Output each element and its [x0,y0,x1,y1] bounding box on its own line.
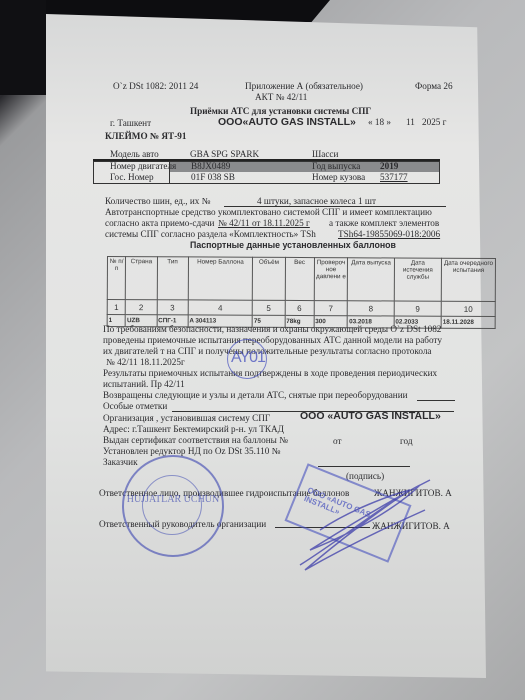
customer-label: Заказчик [103,457,138,467]
table-cell: Вес [285,257,314,300]
tsh-reference: TSh64-19855069-018:2006 [338,229,440,239]
results-p7: Возвращены следующие и узлы и детали АТС… [103,390,408,400]
plate-value: 01F 038 SB [191,172,235,182]
results-p3: их двигателей т на СПГ и получены положи… [103,346,432,356]
table-cell: Номер Баллона [188,257,253,300]
table-cell: Дата выпуска [348,258,395,301]
text-line-3a: системы СПГ согласно раздела «Комплектно… [105,229,316,239]
org-name: ООО «AUTO GAS INSTALL» [300,410,441,422]
round-company-stamp: HUJJATLAR UCHUN [122,455,224,557]
act-reference: № 42/11 от 18.11.2025 г [218,218,310,228]
certificate-year: год [400,436,413,446]
table-cell: Страна [126,257,157,300]
form-number: Форма 26 [415,81,453,91]
table-cell: 10 [441,301,495,316]
table-cell: 3 [157,300,188,315]
table-cell: 2 [125,300,156,315]
cylinder-table: № п/ пСтранаТипНомер БаллонаОбъёмВесПров… [107,256,496,329]
table-cell: 6 [285,300,314,315]
text-line-2c: а также комплект элементов [329,218,439,228]
table-cell: 8 [348,301,394,316]
table-cell: 4 [188,300,253,315]
signature-scribble [280,470,440,580]
table-cell: 18.11.2028 [441,316,495,328]
standard-code: O`z DSt 1082: 2011 24 [113,81,198,91]
table-cell: Объём [253,257,286,300]
text-line-2a: согласно акта приемо-сдачи [105,218,214,228]
table-header-row: № п/ пСтранаТипНомер БаллонаОбъёмВесПров… [107,257,495,302]
table-cell: 7 [314,301,348,316]
ay01-stamp: AY01 [227,339,267,379]
round-stamp-text: HUJJATLAR UCHUN [124,494,222,505]
table-cell: 5 [252,300,284,315]
company-name: ООО«AUTO GAS INSTALL» [218,116,356,128]
table-cell: Тип [157,257,188,300]
plate-label: Гос. Номер [110,172,154,182]
table-cell: 1 [107,300,125,315]
certificate-label: Выдан сертификат соответствия на баллоны… [103,435,288,445]
table-title: Паспортные данные установленных баллонов [190,240,396,250]
results-p8: Особые отметки [103,401,167,411]
table-cell: 9 [394,301,441,316]
appendix-label: Приложение А (обязательное) [245,81,363,91]
date-year: 2025 г [422,117,446,127]
stamp-number: КЛЕЙМО № ЯТ-91 [105,131,186,141]
org-label: Организация , установившая систему СПГ [103,413,270,423]
date-day: « 18 » [368,117,391,127]
results-p4: № 42/11 18.11.2025г [106,357,185,367]
city: г. Ташкент [110,118,151,128]
chassis-label: Шасси [312,149,338,159]
act-number: АКТ № 42/11 [255,92,307,102]
model-label: Модель авто [110,149,159,159]
table-cell: Дата истечения службы [394,258,442,301]
results-p5: Результаты приемочных испытания подтверж… [103,368,437,378]
org-address: Адрес: г.Ташкент Бектемирский р-н. ул ТК… [103,424,284,434]
tires-label: Количество шин, ед., их № [105,196,210,206]
document-title: Приёмки АТС для установки системы СПГ [190,106,371,116]
certificate-from: от [333,436,342,446]
date-month: 11 [406,117,415,127]
results-p1: По требованиям безопасности, назначения … [103,324,441,334]
body-number-value: 537177 [380,172,408,182]
results-p2: проведены приемочные испытания переобору… [103,335,442,345]
text-line-1: Автотранспортные средство укомплектовано… [105,207,432,217]
year-label: Год выпуска [312,161,360,171]
table-cell: Дата очередного испытания [441,258,495,301]
model-value: GBA SPG SPARK [190,149,259,159]
engine-value: B8JX0489 [191,161,230,171]
engine-label: Номер двигателя [110,161,176,171]
tires-value: 4 штуки, запасное колеса 1 шт [257,196,376,206]
table-cell: № п/ п [107,257,126,300]
acceptance-act-document: O`z DSt 1082: 2011 24 Приложение А (обяз… [0,0,525,700]
body-number-label: Номер кузова [312,172,365,182]
year-value: 2019 [380,161,398,171]
reducer-label: Установлен редуктор НД по Oz DSt 35.110 … [103,446,280,456]
results-p6: испытаний. Пр 42/11 [103,379,185,389]
table-cell: Провероч ное давлени е [314,258,348,301]
